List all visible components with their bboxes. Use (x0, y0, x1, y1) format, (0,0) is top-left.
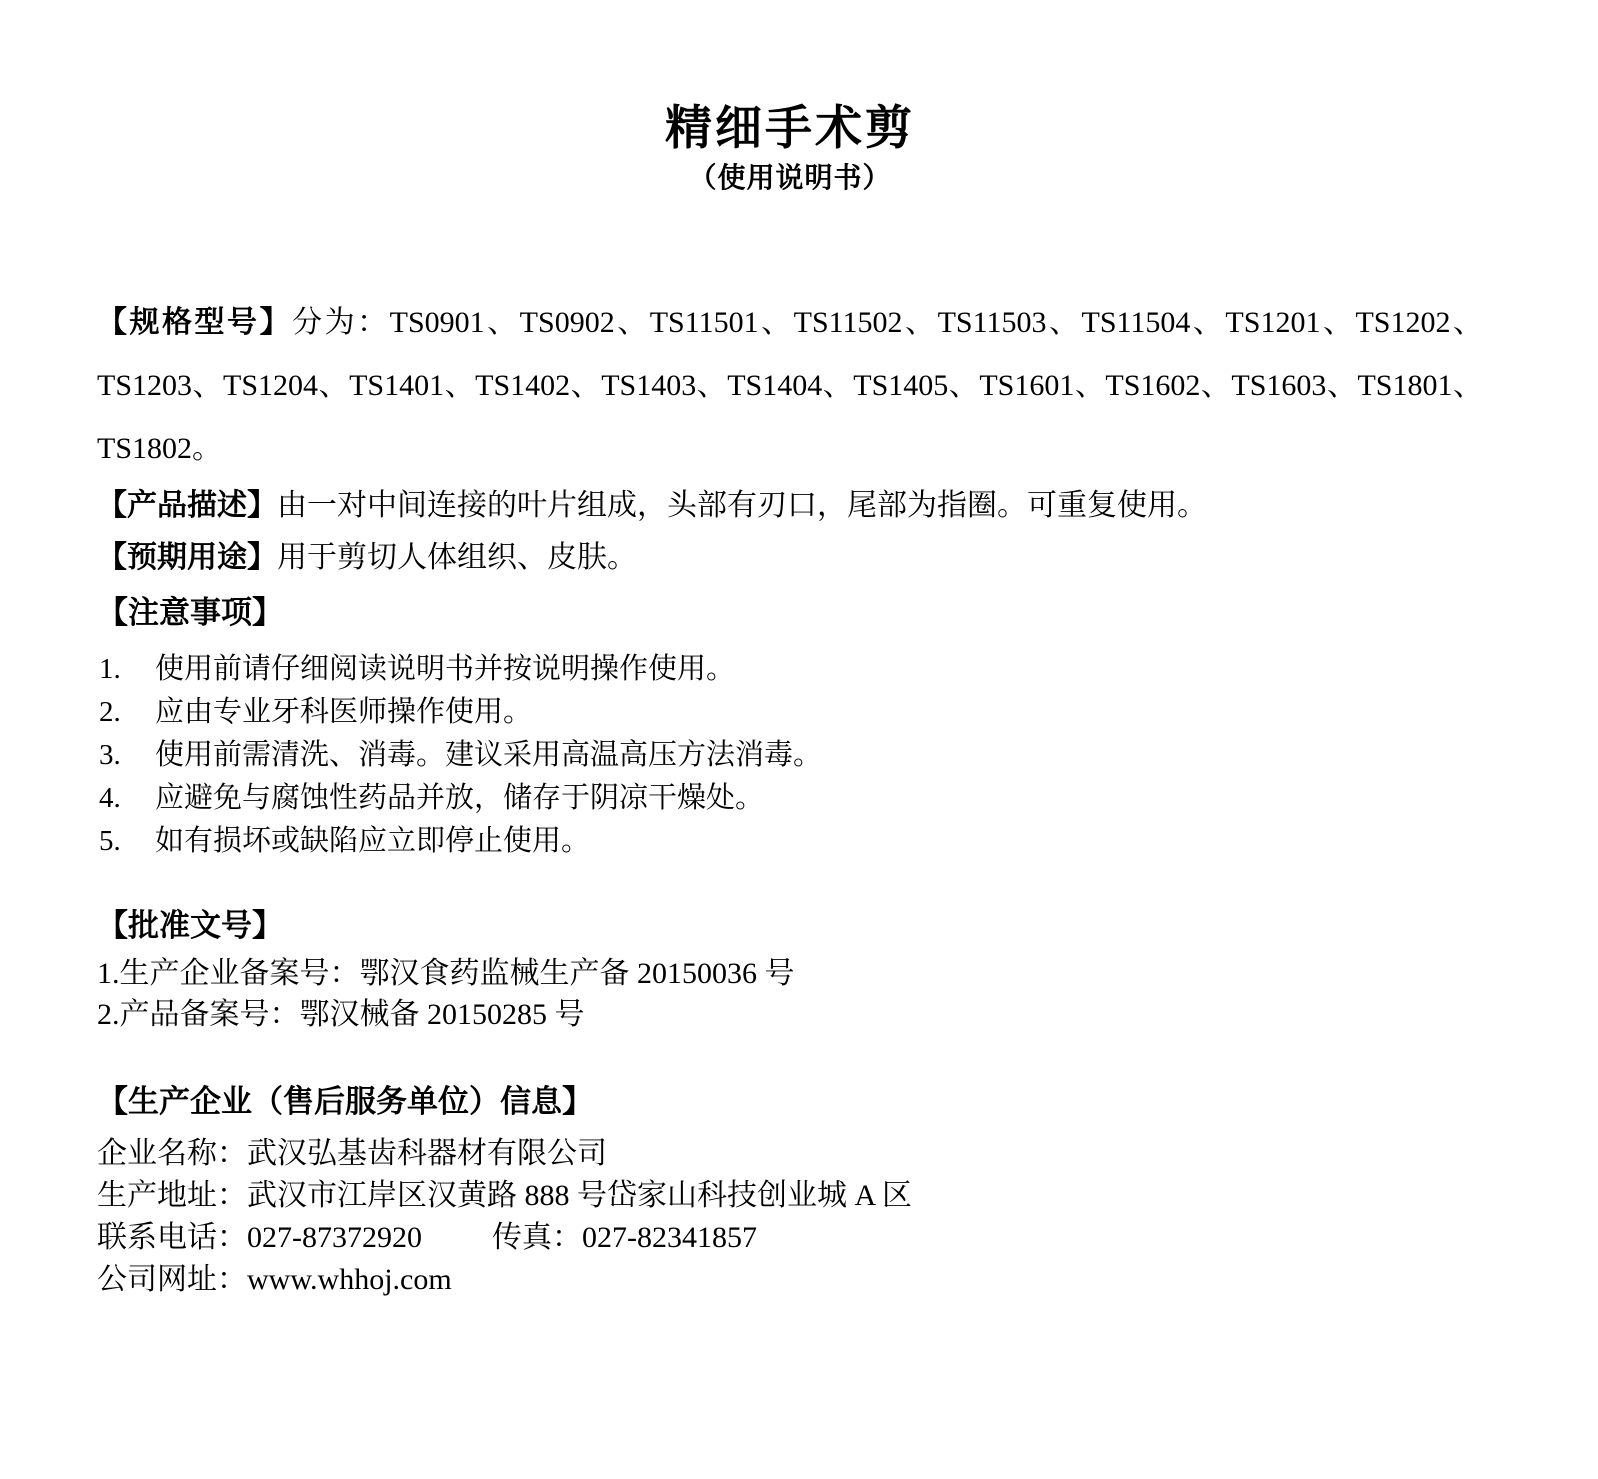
intended-use-text: 用于剪切人体组织、皮肤。 (277, 541, 637, 574)
company-name: 企业名称：武汉弘基齿科器材有限公司 (97, 1133, 1483, 1175)
section-description: 【产品描述】由一对中间连接的叶片组成，头部有刃口，尾部为指圈。可重复使用。 (97, 480, 1483, 532)
page-title: 精细手术剪 (97, 0, 1483, 158)
list-item-number: 3. (99, 734, 155, 777)
section-intended-use: 【预期用途】用于剪切人体组织、皮肤。 (97, 532, 1483, 584)
intended-use-label: 【预期用途】 (97, 541, 277, 574)
list-item: 3.使用前需清洗、消毒。建议采用高温高压方法消毒。 (99, 734, 1483, 777)
list-item-number: 5. (99, 820, 155, 863)
description-label: 【产品描述】 (97, 489, 277, 522)
list-item: 5.如有损坏或缺陷应立即停止使用。 (99, 820, 1483, 863)
precautions-list: 1.使用前请仔细阅读说明书并按说明操作使用。 2.应由专业牙科医师操作使用。 3… (97, 648, 1483, 863)
list-item-number: 1. (99, 648, 155, 691)
document-page: 精细手术剪 （使用说明书） 【规格型号】分为：TS0901、TS0902、TS1… (0, 0, 1598, 1479)
phone-fax-line: 联系电话：027-87372920传真：027-82341857 (97, 1217, 1483, 1259)
section-spec: 【规格型号】分为：TS0901、TS0902、TS11501、TS11502、T… (97, 291, 1483, 480)
manufacturer-heading: 【生产企业（售后服务单位）信息】 (97, 1079, 1483, 1125)
approval-item: 2.产品备案号：鄂汉械备 20150285 号 (97, 994, 1483, 1035)
contact-phone: 联系电话：027-87372920 (97, 1221, 422, 1254)
list-item: 1.使用前请仔细阅读说明书并按说明操作使用。 (99, 648, 1483, 691)
list-item-text: 应避免与腐蚀性药品并放，储存于阴凉干燥处。 (155, 782, 764, 814)
list-item-number: 4. (99, 777, 155, 820)
list-item-text: 如有损坏或缺陷应立即停止使用。 (155, 825, 590, 857)
spec-label: 【规格型号】 (97, 306, 292, 339)
spec-text: 分为：TS0901、TS0902、TS11501、TS11502、TS11503… (97, 306, 1483, 465)
page-subtitle: （使用说明书） (97, 158, 1483, 198)
list-item-number: 2. (99, 691, 155, 734)
list-item-text: 使用前请仔细阅读说明书并按说明操作使用。 (155, 653, 735, 685)
production-address: 生产地址：武汉市江岸区汉黄路 888 号岱家山科技创业城 A 区 (97, 1175, 1483, 1217)
list-item: 2.应由专业牙科医师操作使用。 (99, 691, 1483, 734)
company-website: 公司网址：www.whhoj.com (97, 1259, 1483, 1301)
list-item-text: 应由专业牙科医师操作使用。 (155, 696, 532, 728)
approval-heading: 【批准文号】 (97, 903, 1483, 949)
list-item: 4.应避免与腐蚀性药品并放，储存于阴凉干燥处。 (99, 777, 1483, 820)
approval-section: 1.生产企业备案号：鄂汉食药监械生产备 20150036 号 2.产品备案号：鄂… (97, 953, 1483, 1035)
precautions-heading: 【注意事项】 (97, 590, 1483, 636)
description-text: 由一对中间连接的叶片组成，头部有刃口，尾部为指圈。可重复使用。 (277, 489, 1207, 522)
approval-item: 1.生产企业备案号：鄂汉食药监械生产备 20150036 号 (97, 953, 1483, 994)
manufacturer-section: 企业名称：武汉弘基齿科器材有限公司 生产地址：武汉市江岸区汉黄路 888 号岱家… (97, 1133, 1483, 1301)
list-item-text: 使用前需清洗、消毒。建议采用高温高压方法消毒。 (155, 739, 822, 771)
fax-number: 传真：027-82341857 (492, 1221, 757, 1254)
